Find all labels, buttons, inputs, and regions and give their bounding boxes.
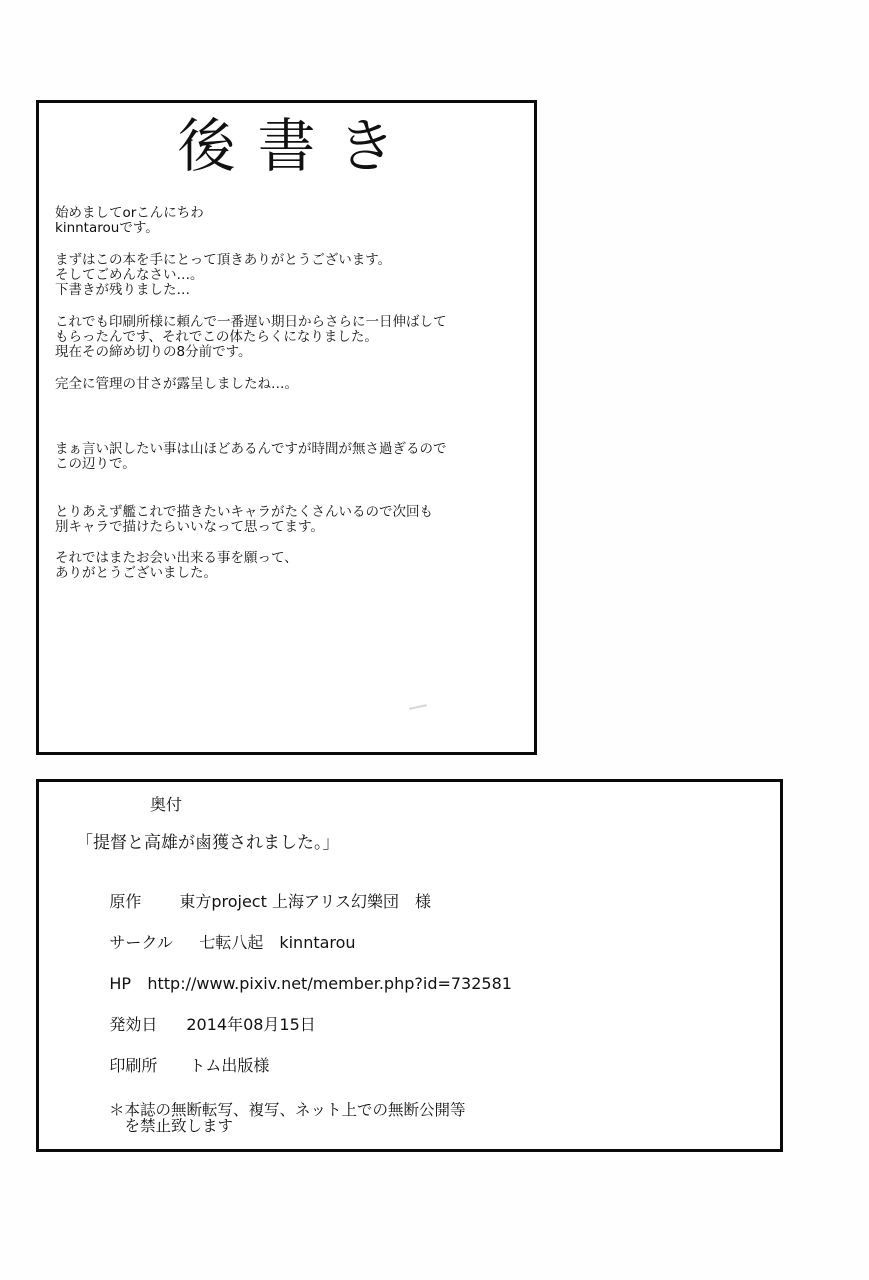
homepage-link[interactable]: http://www.pixiv.net/member.php?id=73258… bbox=[147, 975, 512, 993]
afterword-paragraph-farewell: それではまたお会い出来る事を願って、 ありがとうございました。 bbox=[55, 551, 298, 581]
colophon-heading: 奥付 bbox=[150, 796, 182, 814]
afterword-paragraph-deadline: これでも印刷所様に頼んで一番遅い期日からさらに一日伸ばして もらったんです、それ… bbox=[55, 315, 447, 360]
afterword-title: 後書き bbox=[39, 111, 534, 181]
scan-artifact bbox=[409, 704, 427, 710]
row-value: 七転八起 kinntarou bbox=[199, 934, 355, 952]
row-label: 原作 bbox=[109, 893, 179, 911]
row-label: 印刷所 bbox=[109, 1057, 189, 1075]
row-label: 発効日 bbox=[109, 1016, 186, 1034]
row-label: サークル bbox=[109, 934, 199, 952]
afterword-paragraph-thanks: まずはこの本を手にとって頂きありがとうございます。 そしてごめんなさい…。 下書… bbox=[55, 253, 391, 298]
copyright-notice: ＊本誌の無断転写、複写、ネット上での無断公開等 を禁止致します bbox=[109, 1102, 466, 1134]
row-value: トム出版様 bbox=[189, 1057, 269, 1075]
afterword-paragraph-next-time: とりあえず艦これで描きたいキャラがたくさんいるので次回も 別キャラで描けたらいい… bbox=[55, 505, 433, 535]
colophon-row-printer: 印刷所トム出版様 bbox=[89, 1039, 269, 1093]
afterword-panel: 後書き 始めましてorこんにちわ kinntarouです。 まずはこの本を手にと… bbox=[36, 100, 537, 755]
row-label: HP bbox=[109, 975, 147, 993]
row-value: 東方project 上海アリス幻樂団 様 bbox=[179, 893, 431, 911]
afterword-paragraph-management: 完全に管理の甘さが露呈しましたね…。 bbox=[55, 377, 298, 392]
afterword-paragraph-greeting: 始めましてorこんにちわ kinntarouです。 bbox=[55, 206, 204, 236]
row-value: 2014年08月15日 bbox=[186, 1016, 315, 1034]
colophon-panel: 奥付 「提督と高雄が鹵獲されました。」 原作東方project 上海アリス幻樂団… bbox=[36, 779, 783, 1152]
afterword-paragraph-excuses: まぁ言い訳したい事は山ほどあるんですが時間が無さ過ぎるので この辺りで。 bbox=[55, 442, 447, 472]
colophon-book-title: 「提督と高雄が鹵獲されました。」 bbox=[76, 834, 340, 852]
